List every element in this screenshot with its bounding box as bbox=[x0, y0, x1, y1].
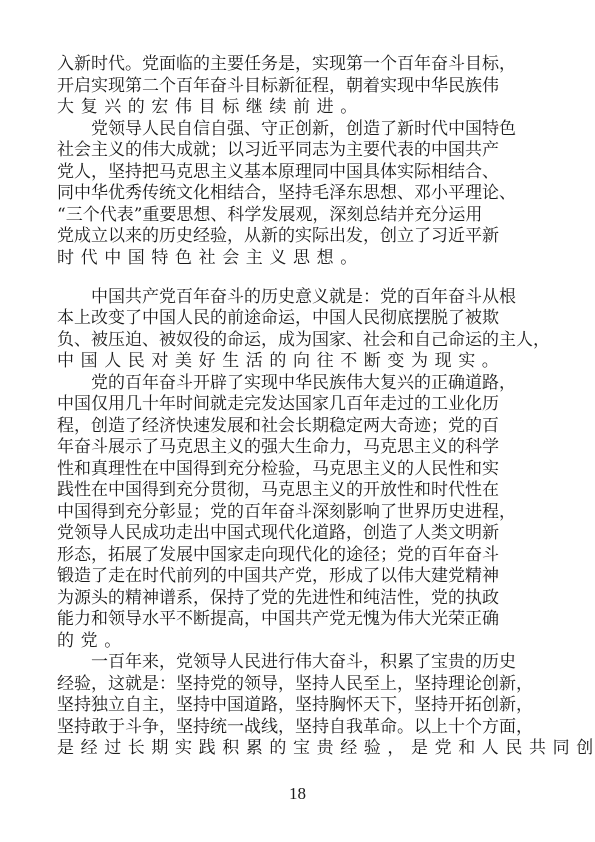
text-line: 党成立以来的历史经验，从新的实际出发，创立了习近平新 bbox=[57, 225, 539, 247]
text-line: 经验，这就是：坚持党的领导，坚持人民至上，坚持理论创新， bbox=[57, 673, 539, 695]
document-page: 入新时代。党面临的主要任务是，实现第一个百年奋斗目标，开启实现第二个百年奋斗目标… bbox=[0, 0, 595, 842]
paragraph-first-line: 党的百年奋斗开辟了实现中华民族伟大复兴的正确道路， bbox=[91, 372, 539, 394]
text-line: 党人，坚持把马克思主义基本原理同中国具体实际相结合、 bbox=[57, 161, 539, 183]
text-line: 同中华优秀传统文化相结合，坚持毛泽东思想、邓小平理论、 bbox=[57, 182, 539, 204]
text-line: 中国人民对美好生活的向往不断变为现实。 bbox=[57, 350, 539, 372]
text-line: 社会主义的伟大成就；以习近平同志为主要代表的中国共产 bbox=[57, 139, 539, 161]
text-line: 中国仅用几十年时间就走完发达国家几百年走过的工业化历 bbox=[57, 393, 539, 415]
text-line: 践性在中国得到充分贯彻，马克思主义的开放性和时代性在 bbox=[57, 479, 539, 501]
text-line: 形态，拓展了发展中国家走向现代化的途径；党的百年奋斗 bbox=[57, 544, 539, 566]
text-line: 锻造了走在时代前列的中国共产党，形成了以伟大建党精神 bbox=[57, 565, 539, 587]
text-line: 中国得到充分彰显；党的百年奋斗深刻影响了世界历史进程， bbox=[57, 501, 539, 523]
text-line: 负、被压迫、被奴役的命运，成为国家、社会和自己命运的主人， bbox=[57, 329, 539, 351]
text-line: 能力和领导水平不断提高，中国共产党无愧为伟大光荣正确 bbox=[57, 608, 539, 630]
text-line: 开启实现第二个百年奋斗目标新征程，朝着实现中华民族伟 bbox=[57, 75, 539, 97]
text-line: 大复兴的宏伟目标继续前进。 bbox=[57, 96, 539, 118]
text-line: 是经过长期实践积累的宝贵经验，是党和人民共同创造的精 bbox=[57, 737, 539, 759]
text-line: 入新时代。党面临的主要任务是，实现第一个百年奋斗目标， bbox=[57, 53, 539, 75]
page-number: 18 bbox=[0, 784, 595, 804]
text-line: 年奋斗展示了马克思主义的强大生命力，马克思主义的科学 bbox=[57, 436, 539, 458]
text-line: 程，创造了经济快速发展和社会长期稳定两大奇迹；党的百 bbox=[57, 415, 539, 437]
text-line: 坚持敢于斗争，坚持统一战线，坚持自我革命。以上十个方面， bbox=[57, 716, 539, 738]
text-line: 性和真理性在中国得到充分检验，马克思主义的人民性和实 bbox=[57, 458, 539, 480]
text-line: 的党。 bbox=[57, 630, 539, 652]
paragraph-first-line: 一百年来，党领导人民进行伟大奋斗，积累了宝贵的历史 bbox=[91, 651, 539, 673]
text-line: 时代中国特色社会主义思想。 bbox=[57, 247, 539, 269]
paragraph-first-line: 中国共产党百年奋斗的历史意义就是：党的百年奋斗从根 bbox=[91, 286, 539, 308]
text-line: 本上改变了中国人民的前途命运，中国人民彻底摆脱了被欺 bbox=[57, 307, 539, 329]
text-line: “三个代表”重要思想、科学发展观，深刻总结并充分运用 bbox=[57, 204, 539, 226]
paragraph-first-line: 党领导人民自信自强、守正创新，创造了新时代中国特色 bbox=[91, 118, 539, 140]
text-line: 坚持独立自主，坚持中国道路，坚持胸怀天下，坚持开拓创新， bbox=[57, 694, 539, 716]
text-line: 党领导人民成功走出中国式现代化道路，创造了人类文明新 bbox=[57, 522, 539, 544]
text-line: 为源头的精神谱系，保持了党的先进性和纯洁性，党的执政 bbox=[57, 587, 539, 609]
